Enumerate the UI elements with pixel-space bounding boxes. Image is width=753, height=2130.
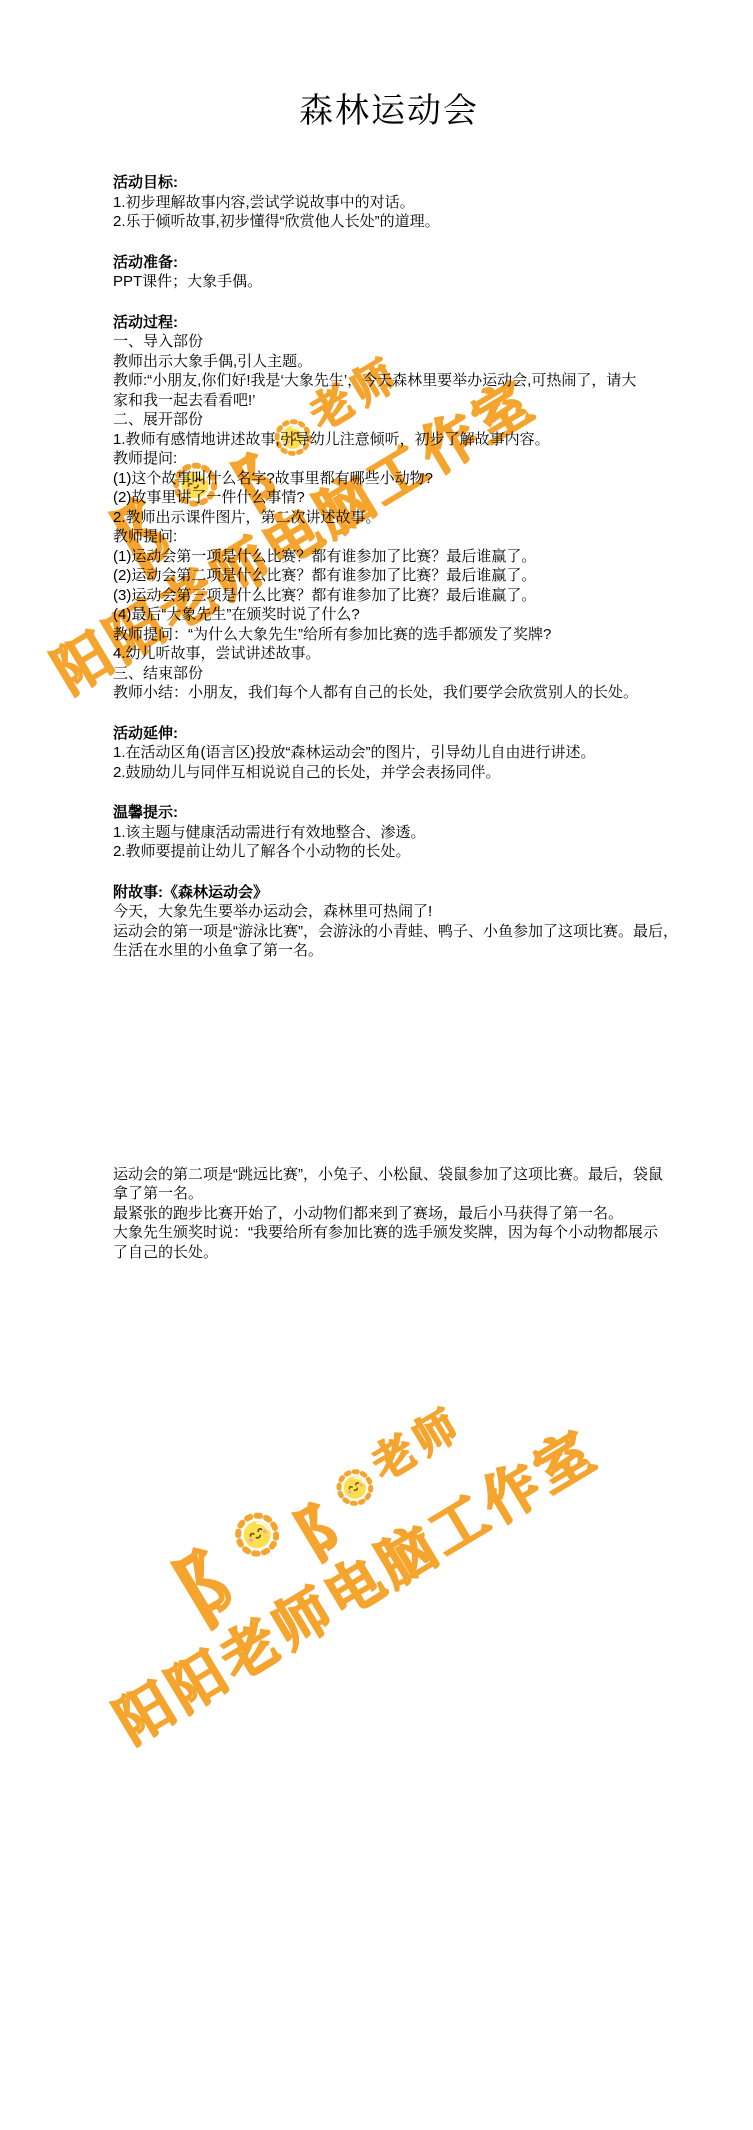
text-line: 教师出示大象手偶,引人主题。 <box>113 352 665 372</box>
story-continued: 运动会的第二项是“跳远比赛”，小兔子、小松鼠、袋鼠参加了这项比赛。最后，袋鼠拿了… <box>113 1165 665 1263</box>
text-line: 教师提问: <box>113 449 665 469</box>
text-line: 1.初步理解故事内容,尝试学说故事中的对话。 <box>113 193 665 213</box>
text-line: 教师提问: <box>113 527 665 547</box>
text-line: 教师:“小朋友,你们好!我是‘大象先生’，今天森林里要举办运动会,可热闹了，请大 <box>113 371 665 391</box>
text-line: 最紧张的跑步比赛开始了，小动物们都来到了赛场，最后小马获得了第一名。 <box>113 1204 665 1224</box>
text-line: 运动会的第一项是“游泳比赛”，会游泳的小青蛙、鸭子、小鱼参加了这项比赛。最后， <box>113 922 665 942</box>
text-line: 大象先生颁奖时说：“我要给所有参加比赛的选手颁发奖牌，因为每个小动物都展示 <box>113 1223 665 1243</box>
text-line: 4.幼儿听故事，尝试讲述故事。 <box>113 644 665 664</box>
section-heading: 活动过程: <box>113 313 665 333</box>
text-line: 拿了第一名。 <box>113 1184 665 1204</box>
text-line: (1)这个故事叫什么名字?故事里都有哪些小动物? <box>113 469 665 489</box>
brand-logo-suffix: 老师 <box>359 1391 472 1492</box>
text-line: 二、展开部份 <box>113 410 665 430</box>
text-line: 今天，大象先生要举办运动会，森林里可热闹了! <box>113 902 665 922</box>
section-heading: 温馨提示: <box>113 803 665 823</box>
section-heading: 活动准备: <box>113 253 665 273</box>
text-line: 2.教师要提前让幼儿了解各个小动物的长处。 <box>113 842 665 862</box>
text-line: PPT课件；大象手偶。 <box>113 272 665 292</box>
text-line: 家和我一起去看看吧!’ <box>113 391 665 411</box>
brand-logo-letter: 阝 <box>288 1488 371 1569</box>
text-line: 了自己的长处。 <box>113 1243 665 1263</box>
sun-icon <box>327 1460 382 1515</box>
lesson-plan-document: 森林运动会 活动目标:1.初步理解故事内容,尝试学说故事中的对话。2.乐于倾听故… <box>113 0 665 1262</box>
text-line: (1)运动会第一项是什么比赛？都有谁参加了比赛？最后谁赢了。 <box>113 547 665 567</box>
text-line: 1.在活动区角(语言区)投放“森林运动会”的图片，引导幼儿自由进行讲述。 <box>113 743 665 763</box>
section: 活动延伸:1.在活动区角(语言区)投放“森林运动会”的图片，引导幼儿自由进行讲述… <box>113 724 665 783</box>
text-line: 三、结束部份 <box>113 664 665 684</box>
text-line: 运动会的第二项是“跳远比赛”，小兔子、小松鼠、袋鼠参加了这项比赛。最后，袋鼠 <box>113 1165 665 1185</box>
text-line: 生活在水里的小鱼拿了第一名。 <box>113 941 665 961</box>
text-line: 1.该主题与健康活动需进行有效地整合、渗透。 <box>113 823 665 843</box>
sun-icon <box>224 1502 290 1568</box>
text-line: 教师提问：“为什么大象先生”给所有参加比赛的选手都颁发了奖牌? <box>113 625 665 645</box>
brand-logo-letter: 阝 <box>164 1527 276 1637</box>
section: 温馨提示:1.该主题与健康活动需进行有效地整合、渗透。2.教师要提前让幼儿了解各… <box>113 803 665 862</box>
text-line: (2)运动会第二项是什么比赛？都有谁参加了比赛？最后谁赢了。 <box>113 566 665 586</box>
section: 活动过程:一、导入部份教师出示大象手偶,引人主题。教师:“小朋友,你们好!我是‘… <box>113 313 665 703</box>
text-line: (3)运动会第三项是什么比赛？都有谁参加了比赛？最后谁赢了。 <box>113 586 665 606</box>
text-line: 2.乐于倾听故事,初步懂得“欣赏他人长处”的道理。 <box>113 212 665 232</box>
brand-watermark-text: 阳阳老师电脑工作室 <box>103 1415 611 1759</box>
section: 附故事:《森林运动会》今天，大象先生要举办运动会，森林里可热闹了!运动会的第一项… <box>113 883 665 961</box>
document-page: { "title": "森林运动会", "sections": [ { "hea… <box>0 0 753 2130</box>
section-heading: 附故事:《森林运动会》 <box>113 883 665 903</box>
section: 活动目标:1.初步理解故事内容,尝试学说故事中的对话。2.乐于倾听故事,初步懂得… <box>113 173 665 232</box>
sections-container: 活动目标:1.初步理解故事内容,尝试学说故事中的对话。2.乐于倾听故事,初步懂得… <box>113 173 665 961</box>
brand-logo: 阝 阝 老师 <box>157 1336 574 1637</box>
section: 活动准备:PPT课件；大象手偶。 <box>113 253 665 292</box>
text-line: 教师小结：小朋友，我们每个人都有自己的长处，我们要学会欣赏别人的长处。 <box>113 683 665 703</box>
text-line: 2.教师出示课件图片，第二次讲述故事。 <box>113 508 665 528</box>
text-line: 2.鼓励幼儿与同伴互相说说自己的长处，并学会表扬同伴。 <box>113 763 665 783</box>
text-line: (2)故事里讲了一件什么事情? <box>113 488 665 508</box>
page-title: 森林运动会 <box>113 95 665 129</box>
section-heading: 活动目标: <box>113 173 665 193</box>
text-line: (4)最后“大象先生”在颁奖时说了什么? <box>113 605 665 625</box>
text-line: 1.教师有感情地讲述故事,引导幼儿注意倾听，初步了解故事内容。 <box>113 430 665 450</box>
page-break-gap <box>113 961 665 1165</box>
text-line: 一、导入部份 <box>113 332 665 352</box>
section-heading: 活动延伸: <box>113 724 665 744</box>
watermark-brand-bottom: 阝 阝 老师 阳阳老师电脑工作室 <box>56 1336 611 1759</box>
